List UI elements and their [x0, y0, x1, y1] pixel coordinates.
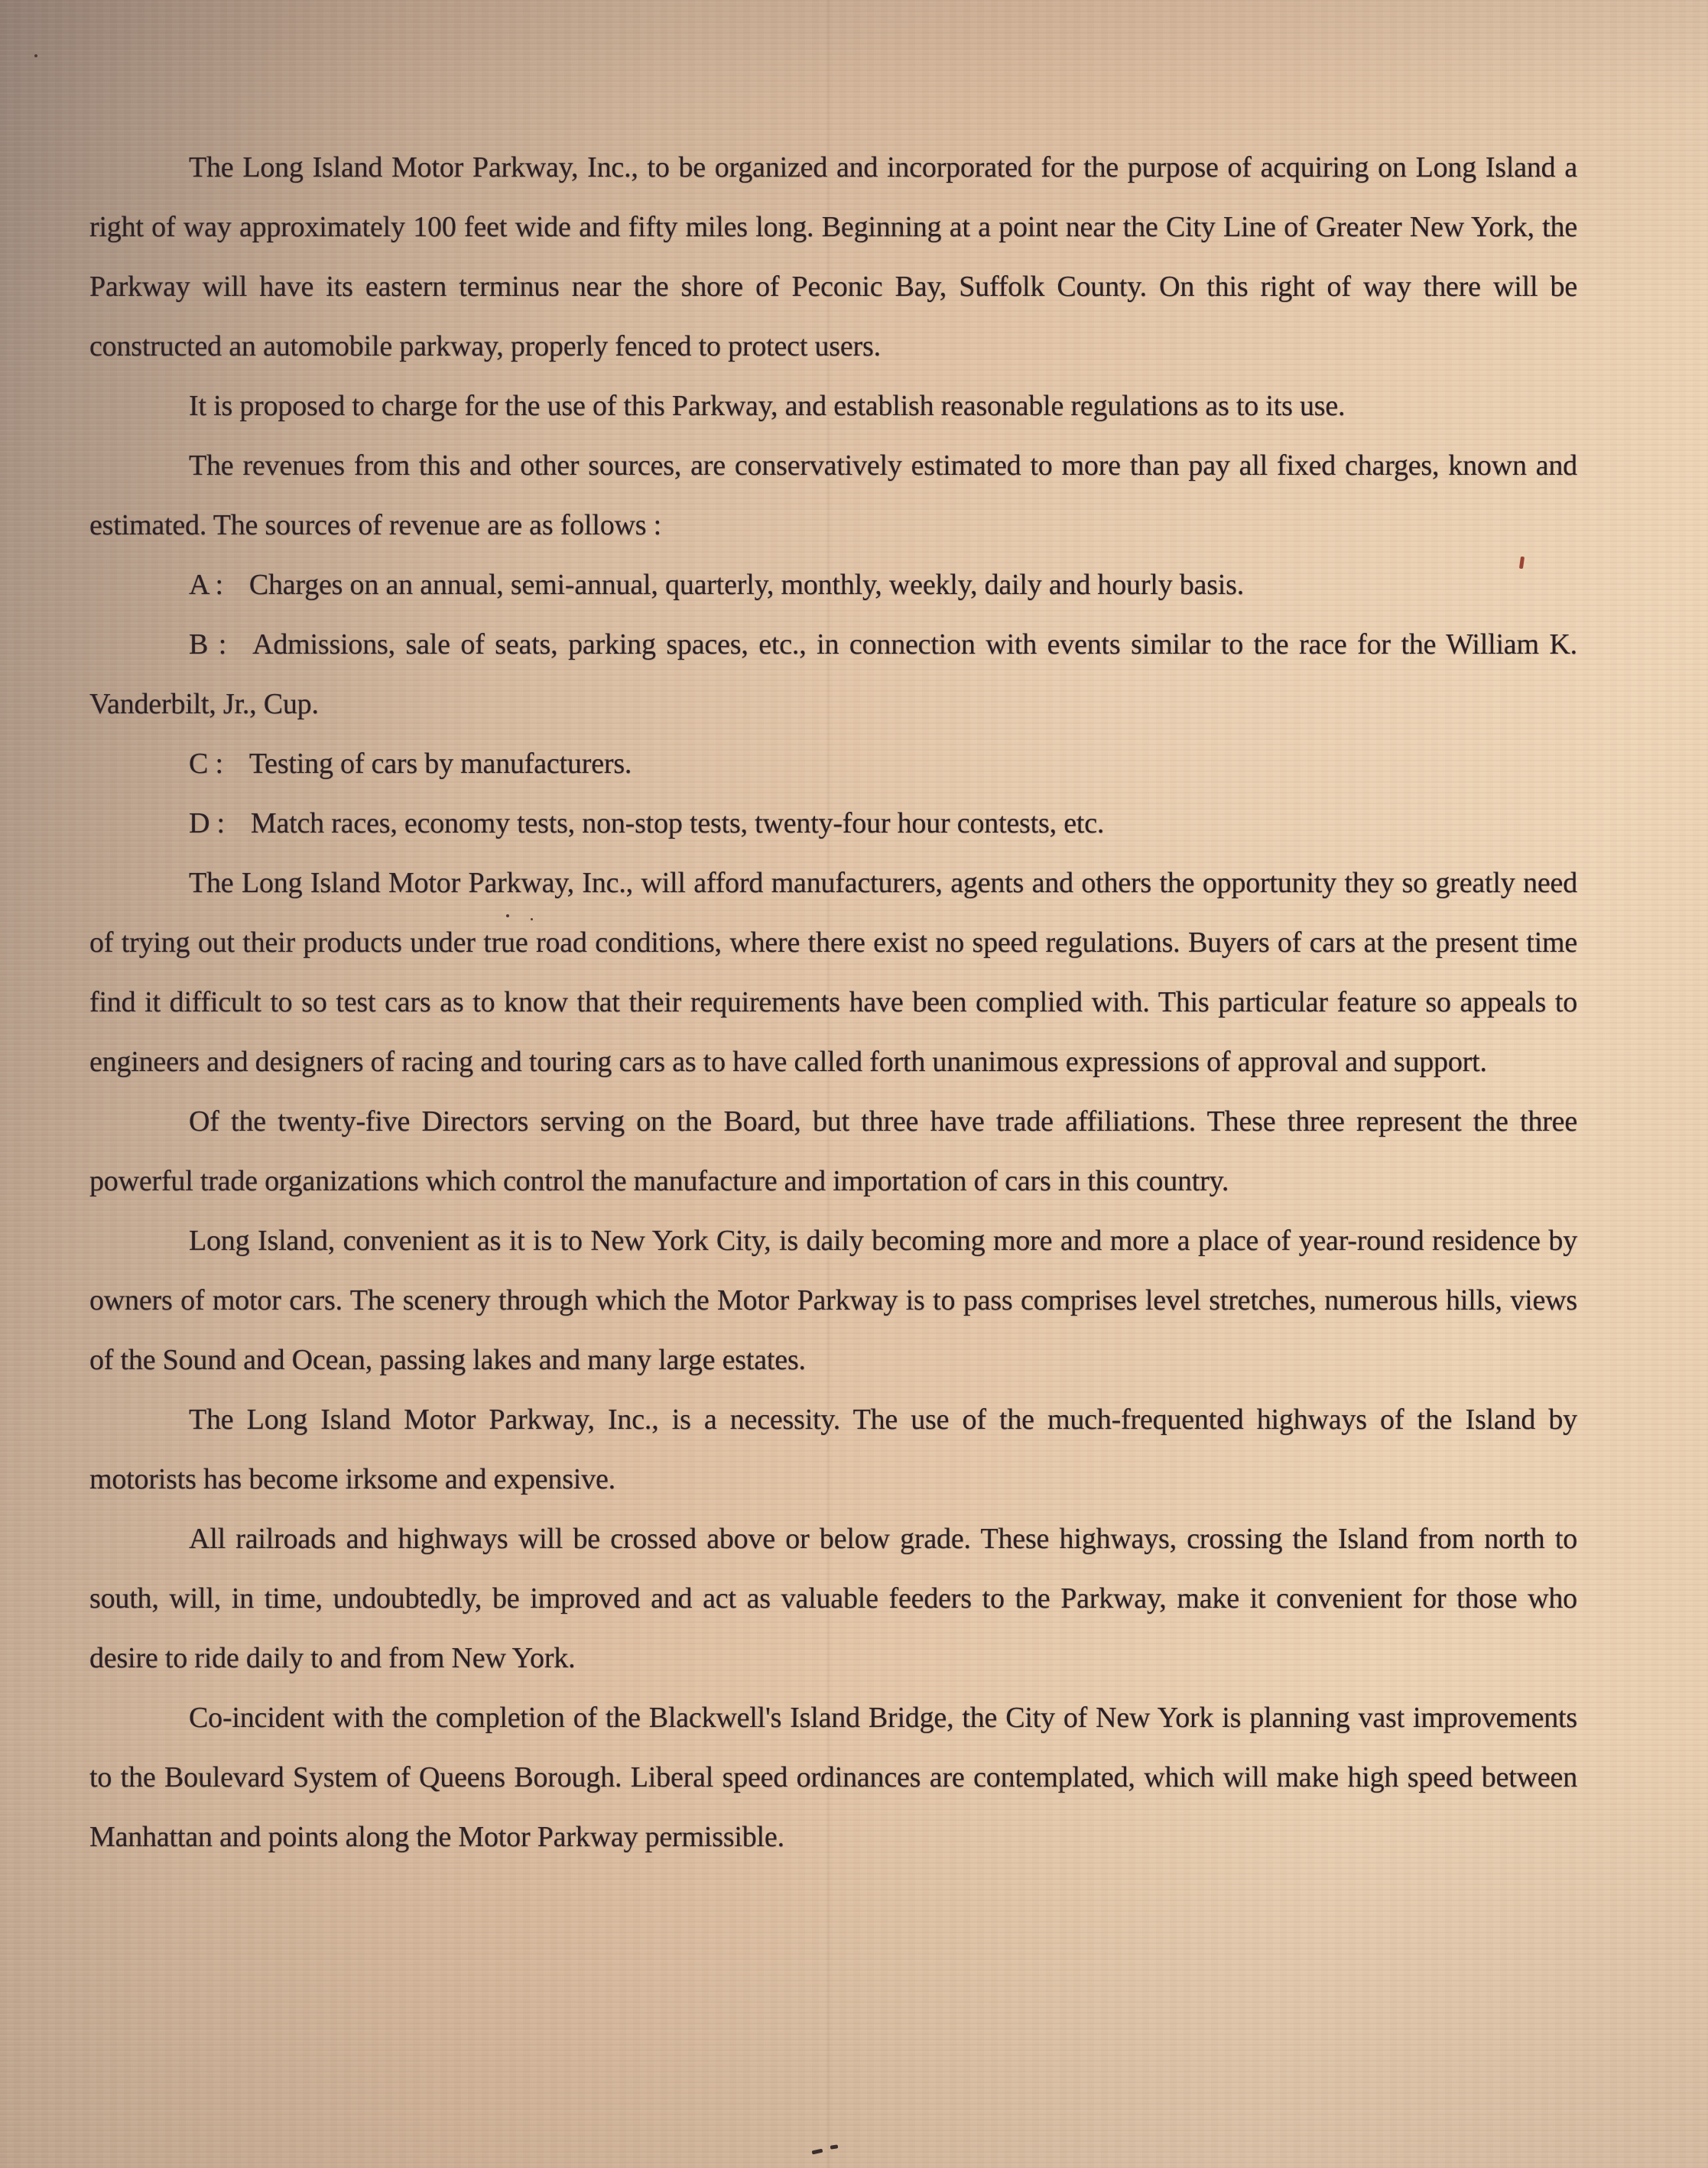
paragraph-manufacturers: The Long Island Motor Parkway, Inc., wil… [89, 853, 1577, 1092]
revenue-item-c: C :Testing of cars by manufacturers. [89, 734, 1577, 794]
revenue-item-d-text: Match races, economy tests, non-stop tes… [251, 807, 1104, 839]
paragraph-intro: The Long Island Motor Parkway, Inc., to … [89, 138, 1577, 376]
revenue-item-b-label: B : [189, 628, 226, 660]
paragraph-directors: Of the twenty-five Directors serving on … [89, 1092, 1577, 1211]
paragraph-revenues-intro: The revenues from this and other sources… [89, 436, 1577, 555]
ink-speck [830, 2144, 839, 2149]
ink-speck [531, 918, 533, 920]
ink-speck [34, 54, 37, 57]
ink-speck [812, 2149, 823, 2155]
ink-speck [506, 914, 509, 917]
revenue-item-b-text: Admissions, sale of seats, parking space… [89, 628, 1577, 720]
revenue-item-a-text: Charges on an annual, semi-annual, quart… [249, 569, 1244, 601]
revenue-item-b: B :Admissions, sale of seats, parking sp… [89, 615, 1577, 734]
paragraph-scenery: Long Island, convenient as it is to New … [89, 1211, 1577, 1390]
revenue-item-a: A :Charges on an annual, semi-annual, qu… [89, 555, 1577, 615]
page-text: The Long Island Motor Parkway, Inc., to … [89, 138, 1577, 1867]
revenue-item-d-label: D : [189, 807, 225, 839]
revenue-item-a-label: A : [189, 569, 223, 601]
paragraph-proposal: It is proposed to charge for the use of … [89, 376, 1577, 436]
revenue-item-c-label: C : [189, 748, 223, 780]
revenue-item-c-text: Testing of cars by manufacturers. [249, 748, 632, 780]
paragraph-necessity: The Long Island Motor Parkway, Inc., is … [89, 1390, 1577, 1509]
scanned-document-page: { "colors": { "ink": "#2b2024", "paper_l… [0, 0, 1708, 2168]
paragraph-bridge: Co-incident with the completion of the B… [89, 1688, 1577, 1867]
paragraph-crossings: All railroads and highways will be cross… [89, 1509, 1577, 1688]
revenue-item-d: D :Match races, economy tests, non-stop … [89, 794, 1577, 853]
